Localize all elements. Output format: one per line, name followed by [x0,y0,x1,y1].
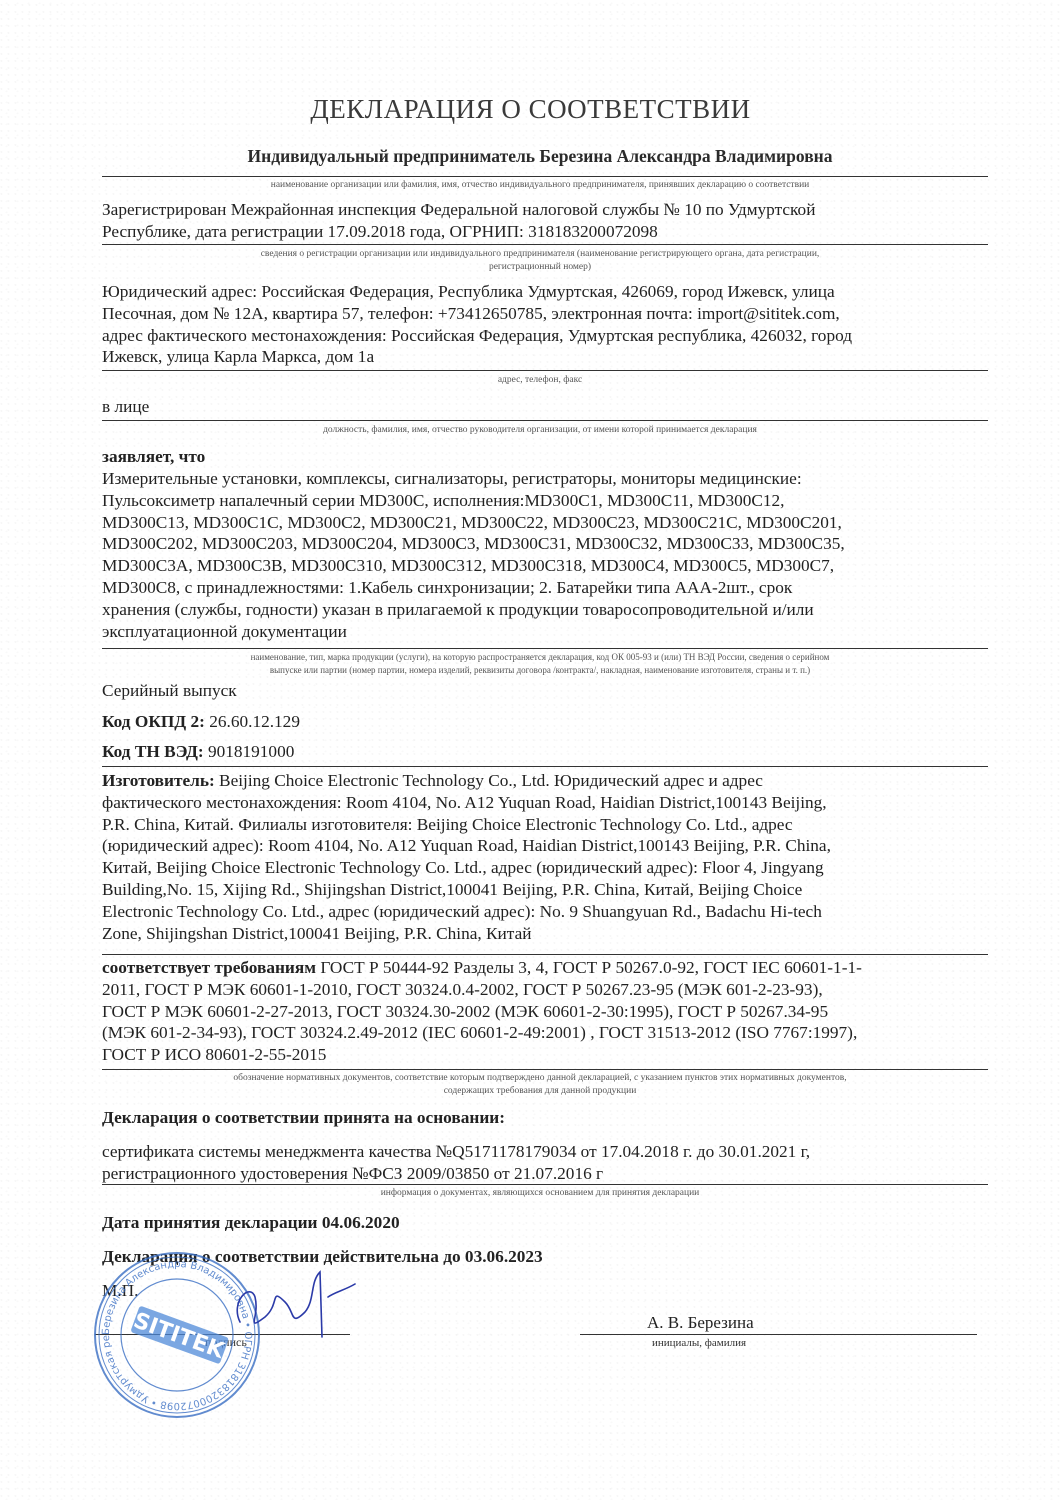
manufacturer-block: Изготовитель: Beijing Choice Electronic … [102,770,992,944]
product-note-line: выпуске или партии (номер партии, номера… [90,664,990,677]
compliance-note-line: содержащих требования для данной продукц… [90,1085,990,1098]
acceptance-date: Дата принятия декларации 04.06.2020 [102,1212,992,1234]
manufacturer-line: фактического местонахождения: Room 4104,… [102,792,992,814]
basis-note: информация о документах, являющихся осно… [90,1187,990,1200]
tnved-value: 9018191000 [208,742,294,761]
product-line: MD300C3A, MD300C3B, MD300C310, MD300C312… [102,555,992,577]
registration-line: Зарегистрирован Межрайонная инспекция Фе… [102,199,992,221]
divider [102,1184,988,1185]
address-line: Юридический адрес: Российская Федерация,… [102,281,992,303]
compliance-note-line: обозначение нормативных документов, соот… [90,1072,990,1085]
divider [102,954,988,955]
declaration-page: ДЕКЛАРАЦИЯ О СООТВЕТСТВИИ Индивидуальный… [0,0,1061,1500]
product-note: наименование, тип, марка продукции (услу… [90,651,990,677]
compliance-line: ГОСТ Р ИСО 80601-2-55-2015 [102,1044,992,1066]
basis-line: регистрационного удостоверения №ФСЗ 2009… [102,1163,992,1185]
declarant-note: наименование организации или фамилия, им… [90,179,990,192]
manufacturer-line: P.R. China, Китай. Филиалы изготовителя:… [102,814,992,836]
compliance-line: 2011, ГОСТ Р МЭК 60601-1-2010, ГОСТ 3032… [102,979,992,1001]
address-block: Юридический адрес: Российская Федерация,… [102,281,992,368]
product-line: хранения (службы, годности) указан в при… [102,599,992,621]
tnved-code: Код ТН ВЭД: 9018191000 [102,741,992,763]
represented-by-note: должность, фамилия, имя, отчество руково… [90,424,990,437]
serial-release: Серийный выпуск [102,680,992,702]
compliance-line: (МЭК 601-2-34-93), ГОСТ 30324.2.49-2012 … [102,1022,992,1044]
product-line: эксплуатационной документации [102,621,992,643]
manufacturer-line: Китай, Beijing Choice Electronic Technol… [102,857,992,879]
product-note-line: наименование, тип, марка продукции (услу… [90,651,990,664]
manufacturer-line: (юридический адрес): Room 4104, No. A12 … [102,835,992,857]
manufacturer-line: Building,No. 15, Xijing Rd., Shijingshan… [102,879,992,901]
product-line: Пульсоксиметр напалечный серии MD300C, и… [102,490,992,512]
manufacturer-label: Изготовитель: [102,771,215,790]
divider [102,176,988,177]
compliance-line: соответствует требованиям ГОСТ Р 50444-9… [102,957,992,979]
declares-label: заявляет, что [102,446,992,468]
divider [102,766,988,767]
declarant-name: Индивидуальный предприниматель Березина … [90,146,990,167]
manufacturer-line: Zone, Shijingshan District,100041 Beijin… [102,923,992,945]
registration-block: Зарегистрирован Межрайонная инспекция Фе… [102,199,992,243]
compliance-note: обозначение нормативных документов, соот… [90,1072,990,1098]
manufacturer-line: Electronic Technology Co. Ltd., адрес (ю… [102,901,992,923]
okpd-value: 26.60.12.129 [209,712,300,731]
compliance-line: ГОСТ Р МЭК 60601-2-27-2013, ГОСТ 30324.3… [102,1001,992,1023]
signatory-name: А. В. Березина [647,1313,754,1333]
product-line: MD300C13, MD300C1C, MD300C2, MD300C21, M… [102,512,992,534]
address-line: Ижевск, улица Карла Маркса, дом 1а [102,346,992,368]
represented-by-label: в лице [102,396,992,418]
compliance-standards: ГОСТ Р 50444-92 Разделы 3, 4, ГОСТ Р 502… [316,958,862,977]
divider [102,244,988,245]
okpd-label: Код ОКПД 2: [102,712,205,731]
compliance-label: соответствует требованиям [102,958,316,977]
okpd-code: Код ОКПД 2: 26.60.12.129 [102,711,992,733]
basis-heading: Декларация о соответствии принята на осн… [102,1107,992,1129]
divider [102,370,988,371]
signature-icon [210,1262,360,1342]
manufacturer-line: Изготовитель: Beijing Choice Electronic … [102,770,992,792]
document-title: ДЕКЛАРАЦИЯ О СООТВЕТСТВИИ [0,94,1061,125]
basis-block: сертификата системы менеджмента качества… [102,1141,992,1185]
product-line: MD300C202, MD300C203, MD300C204, MD300C3… [102,533,992,555]
manufacturer-name: Beijing Choice Electronic Technology Co.… [215,771,763,790]
registration-note: сведения о регистрации организации или и… [90,248,990,274]
basis-line: сертификата системы менеджмента качества… [102,1141,992,1163]
address-line: адрес фактического местонахождения: Росс… [102,325,992,347]
signatory-note: инициалы, фамилия [652,1337,746,1349]
address-line: Песочная, дом № 12А, квартира 57, телефо… [102,303,992,325]
product-line: MD300C8, с принадлежностями: 1.Кабель си… [102,577,992,599]
product-block: Измерительные установки, комплексы, сигн… [102,468,992,642]
signatory-line [580,1334,977,1335]
tnved-label: Код ТН ВЭД: [102,742,204,761]
address-note: адрес, телефон, факс [90,374,990,387]
divider [102,1069,988,1070]
registration-line: Республике, дата регистрации 17.09.2018 … [102,221,992,243]
product-line: Измерительные установки, комплексы, сигн… [102,468,992,490]
registration-note-line: регистрационный номер) [90,261,990,274]
divider [102,420,988,421]
registration-note-line: сведения о регистрации организации или и… [90,248,990,261]
compliance-block: соответствует требованиям ГОСТ Р 50444-9… [102,957,992,1066]
divider [102,648,988,649]
